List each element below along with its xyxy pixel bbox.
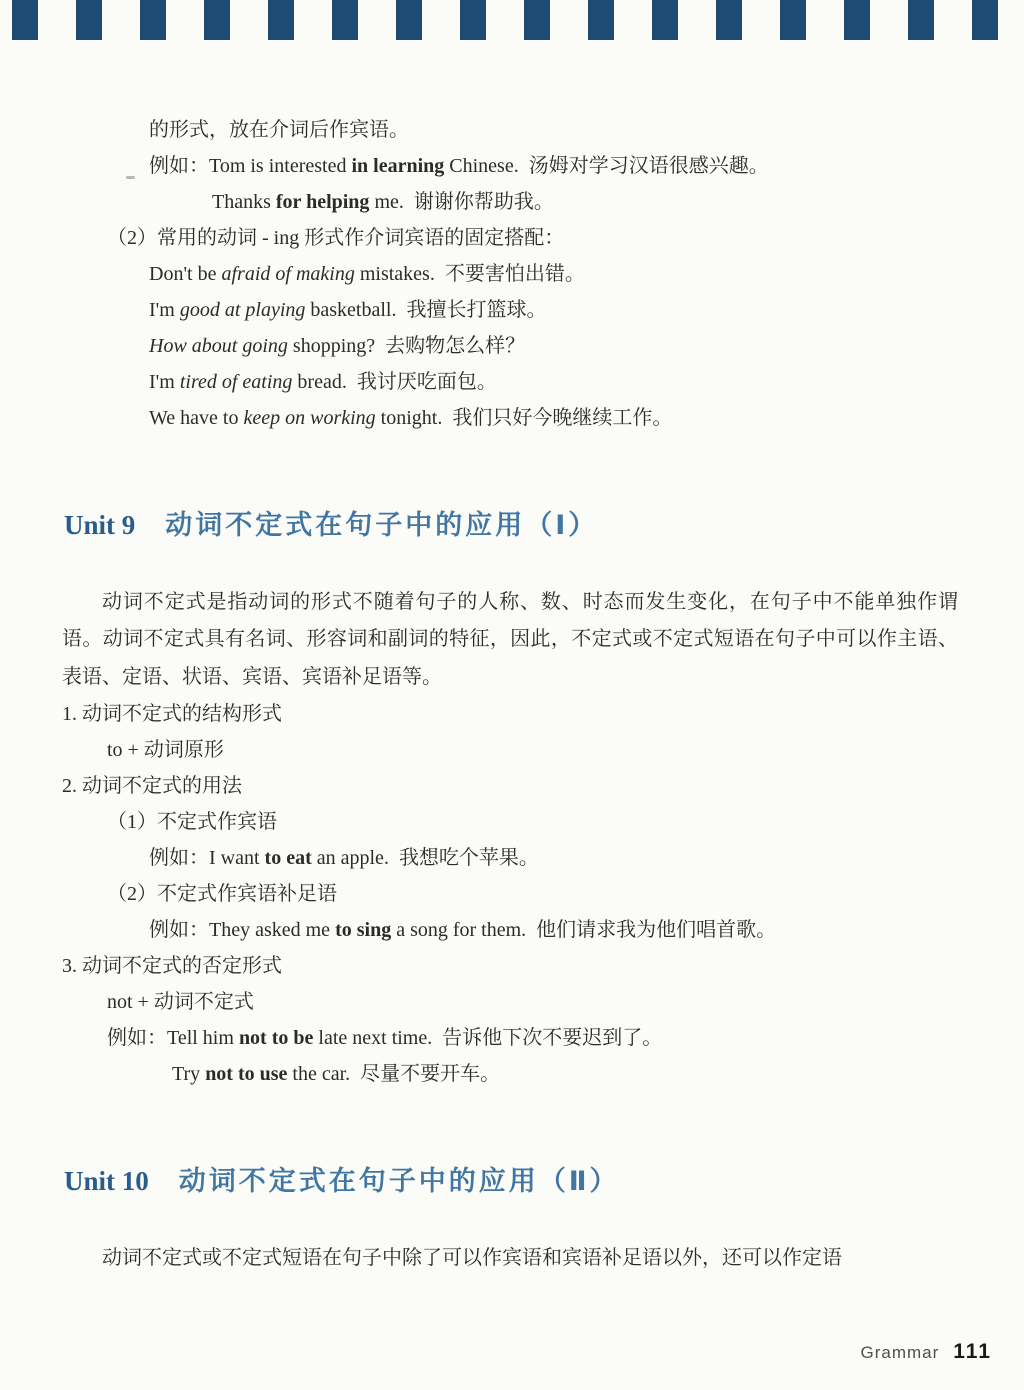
unit-title: 动词不定式在句子中的应用（Ⅰ）: [165, 510, 598, 540]
text-run: to + 动词原形: [107, 739, 224, 761]
text-run: late next time. 告诉他下次不要迟到了。: [313, 1027, 662, 1049]
text-line: Don't be afraid of making mistakes. 不要害怕…: [62, 256, 958, 292]
text-run: Don't be: [149, 263, 221, 285]
text-run: shopping? 去购物怎么样？: [288, 335, 525, 357]
unit-label: Unit 10: [64, 1166, 149, 1196]
text-run: （2）常用的动词 - ing 形式作介词宾语的固定搭配：: [107, 227, 564, 249]
text-run: 2. 动词不定式的用法: [62, 775, 242, 797]
body-paragraph: 动词不定式或不定式短语在句子中除了可以作宾语和宾语补足语以外，还可以作定语: [62, 1240, 958, 1277]
text-run: 例如：I want: [149, 847, 265, 869]
italic-run: keep on working: [243, 407, 375, 429]
text-run: We have to: [149, 407, 243, 429]
text-line: 的形式，放在介词后作宾语。: [62, 112, 958, 148]
bold-run: not to use: [205, 1063, 287, 1085]
text-run: 例如：They asked me: [149, 919, 335, 941]
decorative-stripe-band: [0, 0, 1024, 40]
text-run: tonight. 我们只好今晚继续工作。: [376, 407, 673, 429]
text-line: 2. 动词不定式的用法: [62, 768, 958, 804]
text-run: 3. 动词不定式的否定形式: [62, 955, 282, 977]
text-line: not + 动词不定式: [62, 984, 958, 1020]
bold-run: to eat: [265, 847, 312, 869]
text-run: Try: [172, 1063, 205, 1085]
text-run: bread. 我讨厌吃面包。: [292, 371, 496, 393]
text-line: 例如：Tell him not to be late next time. 告诉…: [62, 1020, 958, 1056]
text-run: the car. 尽量不要开车。: [287, 1063, 500, 1085]
unit-heading: Unit 10动词不定式在句子中的应用（Ⅱ）: [64, 1162, 958, 1200]
bold-run: in learning: [351, 155, 444, 177]
text-line: Thanks for helping me. 谢谢你帮助我。: [62, 184, 958, 220]
page-footer: Grammar111: [860, 1340, 992, 1364]
unit-heading: Unit 9动词不定式在句子中的应用（Ⅰ）: [64, 506, 958, 544]
unit-label: Unit 9: [64, 510, 135, 540]
text-run: 的形式，放在介词后作宾语。: [149, 119, 409, 141]
italic-run: good at playing: [180, 299, 306, 321]
text-line: 3. 动词不定式的否定形式: [62, 948, 958, 984]
text-line: （2）不定式作宾语补足语: [62, 876, 958, 912]
text-run: I'm: [149, 299, 180, 321]
text-run: 例如：Tom is interested: [149, 155, 351, 177]
text-line: I'm tired of eating bread. 我讨厌吃面包。: [62, 364, 958, 400]
footer-section-label: Grammar: [860, 1343, 939, 1362]
text-line: to + 动词原形: [62, 732, 958, 768]
italic-run: How about going: [149, 335, 288, 357]
text-line: How about going shopping? 去购物怎么样？: [62, 328, 958, 364]
text-run: a song for them. 他们请求我为他们唱首歌。: [391, 919, 776, 941]
italic-run: tired of eating: [180, 371, 293, 393]
bold-run: to sing: [335, 919, 391, 941]
body-paragraph: 动词不定式是指动词的形式不随着句子的人称、数、时态而发生变化，在句子中不能单独作…: [62, 584, 958, 696]
text-line: 例如：Tom is interested in learning Chinese…: [62, 148, 958, 184]
text-run: basketball. 我擅长打篮球。: [305, 299, 546, 321]
text-run: not + 动词不定式: [107, 991, 254, 1013]
text-run: mistakes. 不要害怕出错。: [355, 263, 585, 285]
bold-run: not to be: [239, 1027, 313, 1049]
text-run: I'm: [149, 371, 180, 393]
text-run: （2）不定式作宾语补足语: [107, 883, 337, 905]
text-line: We have to keep on working tonight. 我们只好…: [62, 400, 958, 436]
text-line: Try not to use the car. 尽量不要开车。: [62, 1056, 958, 1092]
text-line: （1）不定式作宾语: [62, 804, 958, 840]
text-run: 例如：Tell him: [107, 1027, 239, 1049]
text-run: （1）不定式作宾语: [107, 811, 277, 833]
text-run: Thanks: [212, 191, 276, 213]
footer-page-number: 111: [953, 1340, 992, 1363]
text-run: me. 谢谢你帮助我。: [369, 191, 553, 213]
text-line: I'm good at playing basketball. 我擅长打篮球。: [62, 292, 958, 328]
text-line: （2）常用的动词 - ing 形式作介词宾语的固定搭配：: [62, 220, 958, 256]
text-run: Chinese. 汤姆对学习汉语很感兴趣。: [444, 155, 768, 177]
unit-title: 动词不定式在句子中的应用（Ⅱ）: [179, 1166, 620, 1196]
text-run: 1. 动词不定式的结构形式: [62, 703, 282, 725]
text-line: 例如：I want to eat an apple. 我想吃个苹果。: [62, 840, 958, 876]
text-run: an apple. 我想吃个苹果。: [312, 847, 539, 869]
document-content: 的形式，放在介词后作宾语。例如：Tom is interested in lea…: [62, 112, 958, 1278]
text-line: 1. 动词不定式的结构形式: [62, 696, 958, 732]
bold-run: for helping: [276, 191, 370, 213]
text-line: 例如：They asked me to sing a song for them…: [62, 912, 958, 948]
italic-run: afraid of making: [221, 263, 354, 285]
